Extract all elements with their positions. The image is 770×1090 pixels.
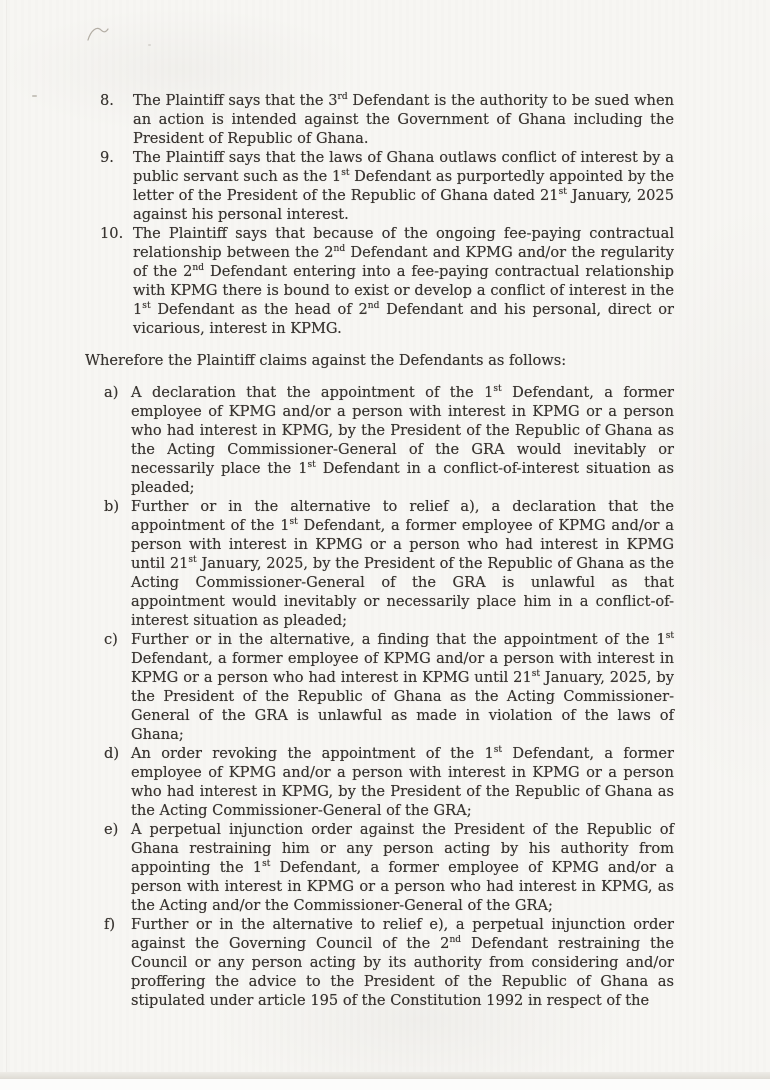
relief-item-letter: d) — [104, 744, 131, 820]
relief-item-c: c) Further or in the alternative, a find… — [104, 630, 674, 744]
paper-speck — [32, 95, 37, 97]
relief-item-text: A declaration that the appointment of th… — [131, 383, 674, 497]
pen-squiggle-mark — [84, 20, 114, 48]
scanned-page: 8. The Plaintiff says that the 3rd Defen… — [0, 0, 770, 1090]
claim-item-number: 9. — [100, 148, 133, 224]
claim-item-number: 8. — [100, 91, 133, 148]
paper-speck — [148, 44, 151, 46]
claim-item-8: 8. The Plaintiff says that the 3rd Defen… — [100, 91, 674, 148]
relief-item-a: a) A declaration that the appointment of… — [104, 383, 674, 497]
scanner-background-strip — [0, 1079, 770, 1090]
relief-item-text: Further or in the alternative to relief … — [131, 497, 674, 630]
claim-item-number: 10. — [100, 224, 133, 338]
document-body: 8. The Plaintiff says that the 3rd Defen… — [85, 91, 674, 1010]
relief-item-d: d) An order revoking the appointment of … — [104, 744, 674, 820]
claim-item-text: The Plaintiff says that because of the o… — [133, 224, 674, 338]
relief-item-text: Further or in the alternative, a finding… — [131, 630, 674, 744]
claim-item-9: 9. The Plaintiff says that the laws of G… — [100, 148, 674, 224]
relief-item-text: A perpetual injunction order against the… — [131, 820, 674, 915]
relief-item-b: b) Further or in the alternative to reli… — [104, 497, 674, 630]
claim-item-10: 10. The Plaintiff says that because of t… — [100, 224, 674, 338]
paper-fold-line — [6, 0, 7, 1090]
page-bottom-edge-shadow — [0, 1072, 770, 1079]
relief-item-letter: b) — [104, 497, 131, 630]
relief-list: a) A declaration that the appointment of… — [104, 383, 674, 1010]
relief-item-letter: a) — [104, 383, 131, 497]
relief-item-letter: c) — [104, 630, 131, 744]
relief-item-text: Further or in the alternative to relief … — [131, 915, 674, 1010]
relief-item-letter: e) — [104, 820, 131, 915]
numbered-claims-list: 8. The Plaintiff says that the 3rd Defen… — [100, 91, 674, 338]
relief-item-letter: f) — [104, 915, 131, 1010]
relief-item-f: f) Further or in the alternative to reli… — [104, 915, 674, 1010]
claim-item-text: The Plaintiff says that the laws of Ghan… — [133, 148, 674, 224]
relief-item-text: An order revoking the appointment of the… — [131, 744, 674, 820]
relief-item-e: e) A perpetual injunction order against … — [104, 820, 674, 915]
claim-item-text: The Plaintiff says that the 3rd Defendan… — [133, 91, 674, 148]
wherefore-line: Wherefore the Plaintiff claims against t… — [85, 351, 674, 370]
